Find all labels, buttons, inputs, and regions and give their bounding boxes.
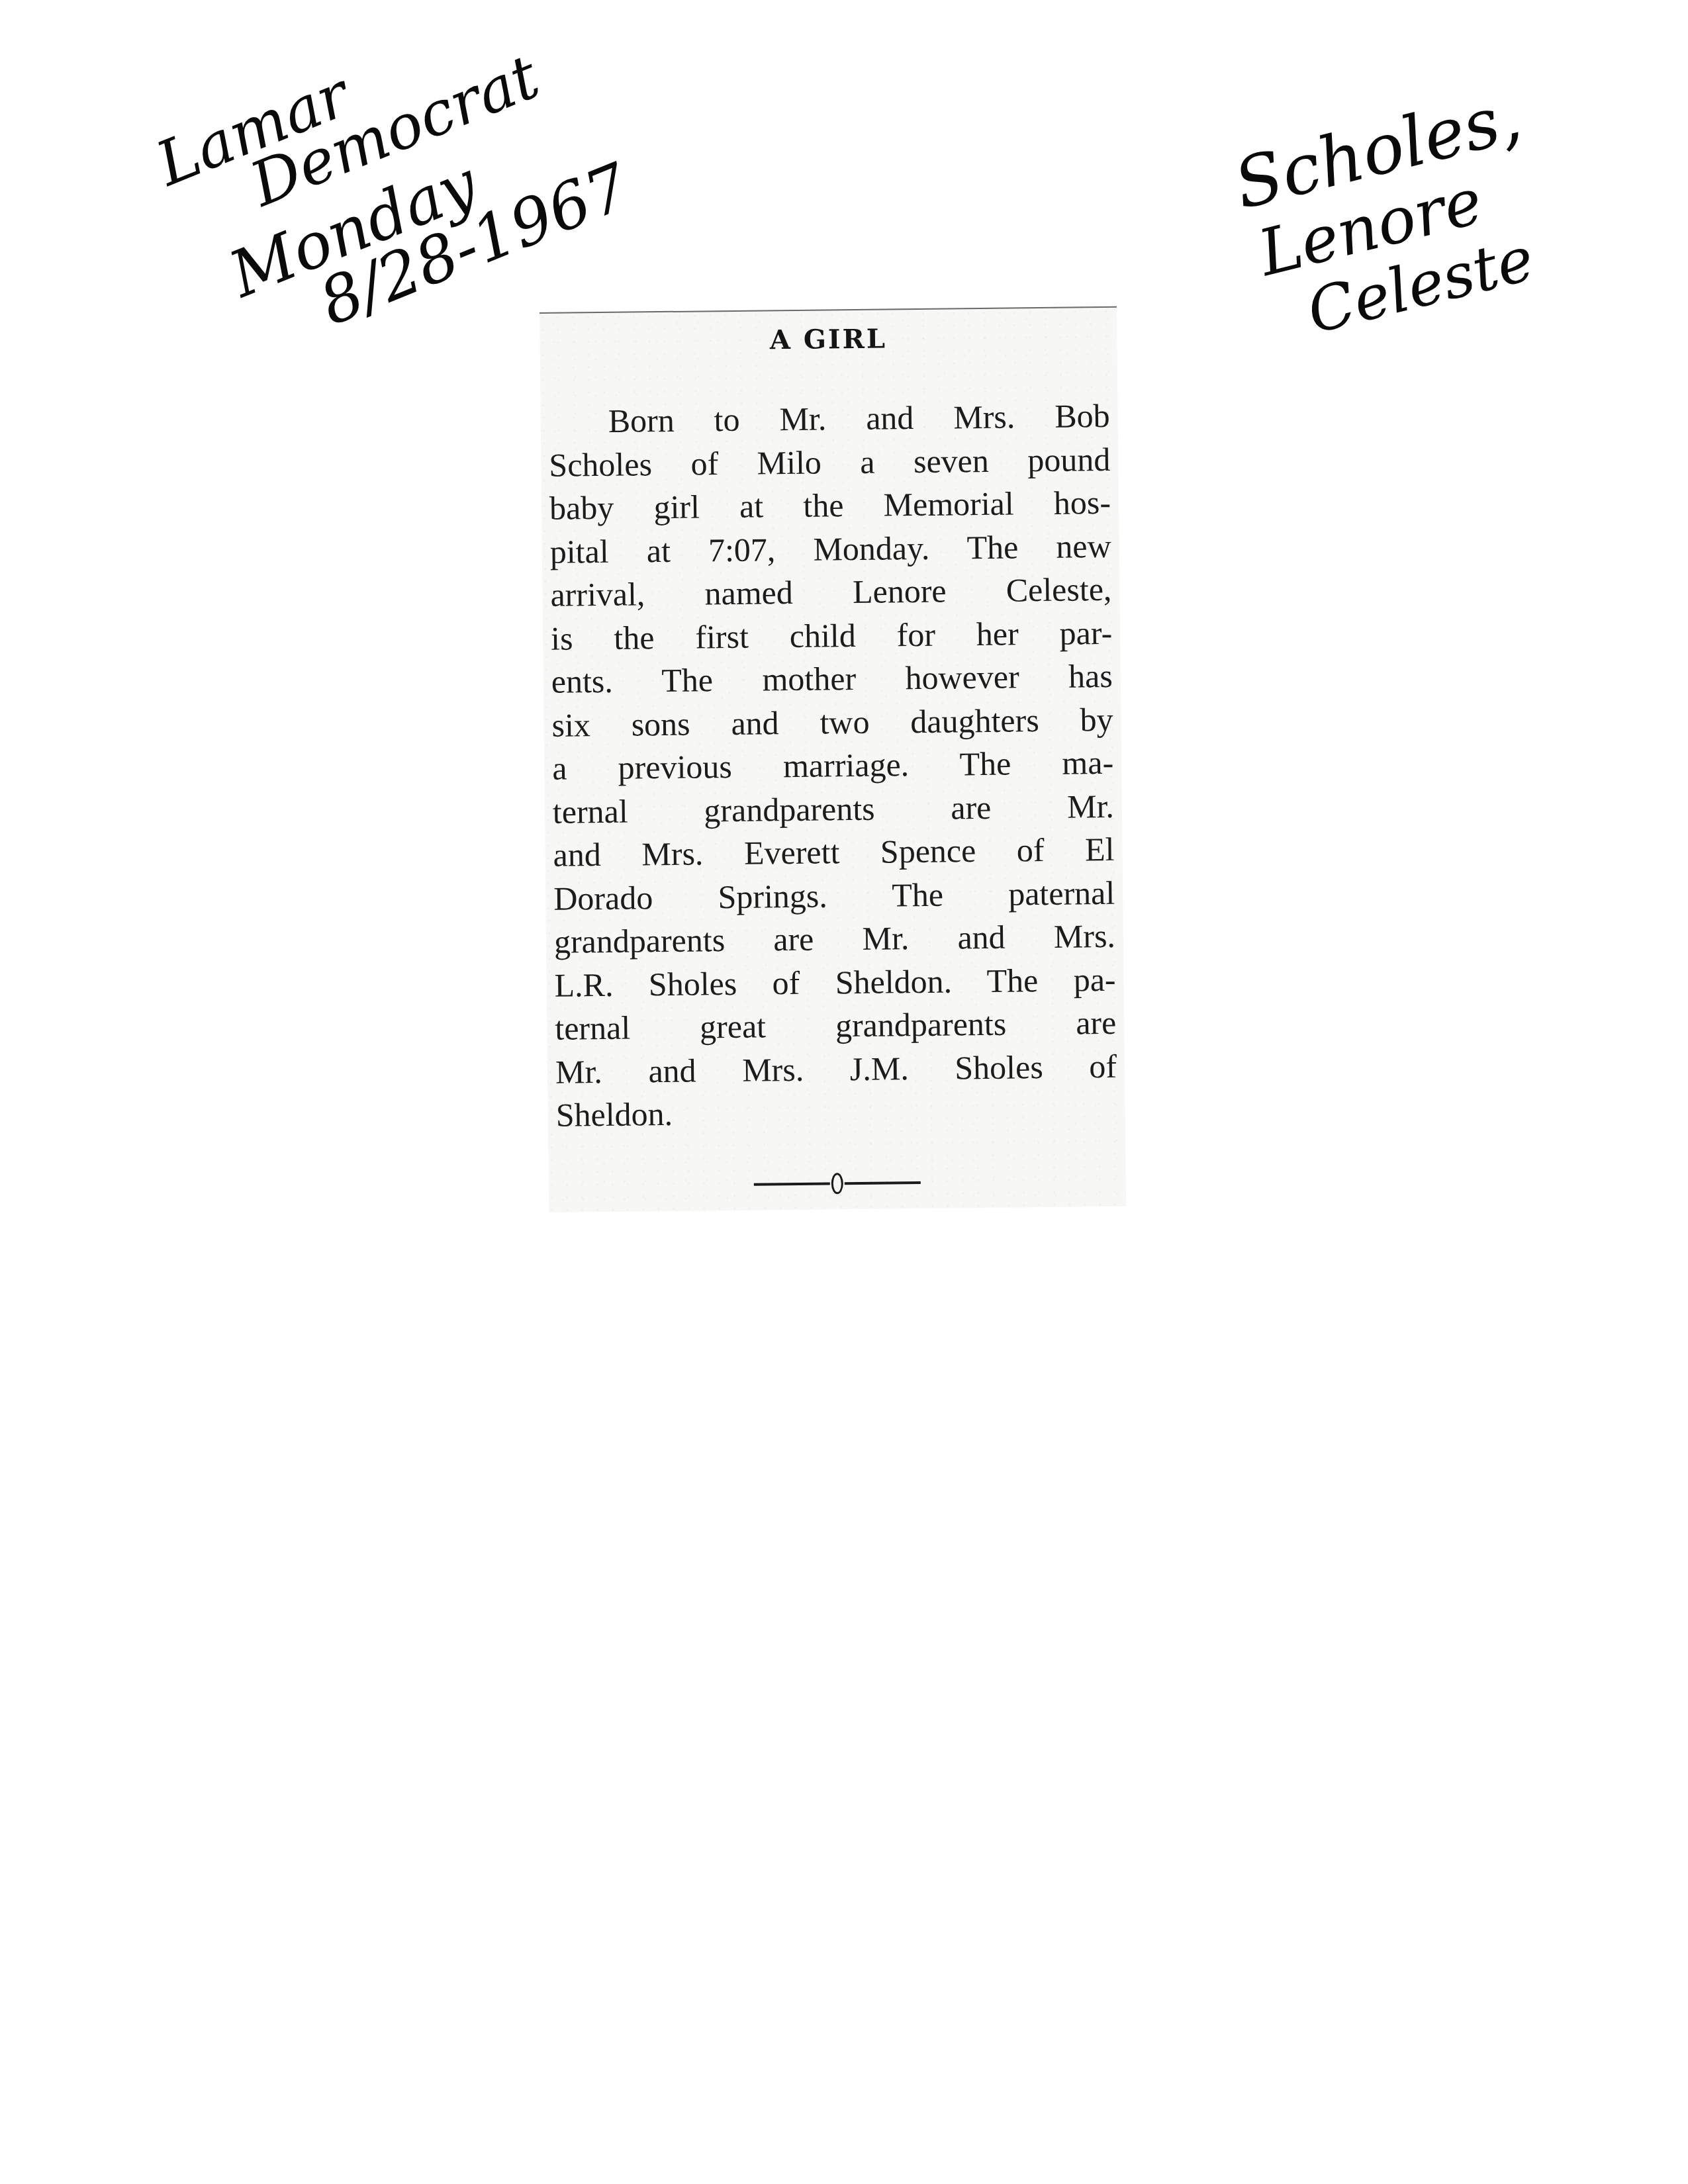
article-line: is the first child for her par- [551, 611, 1113, 660]
article-line: a previous marriage. The ma- [552, 741, 1114, 790]
article-line: Mr. and Mrs. J.M. Sholes of [555, 1044, 1117, 1093]
divider-ornament [831, 1173, 843, 1194]
article-line: ents. The mother however has [551, 655, 1113, 704]
article-line: and Mrs. Everett Spence of El [553, 828, 1115, 877]
article-line: ternal great grandparents are [555, 1001, 1117, 1050]
article-line: Scholes of Milo a seven pound [549, 437, 1111, 486]
article-line: six sons and two daughters by [551, 698, 1113, 747]
article-body: Born to Mr. and Mrs. Bob Scholes of Milo… [548, 394, 1117, 1137]
handwritten-name-note: Scholes, Lenore Celeste [1228, 81, 1561, 352]
newspaper-clipping: A GIRL Born to Mr. and Mrs. Bob Scholes … [539, 306, 1126, 1212]
end-of-article-divider-icon [557, 1169, 1118, 1197]
article-headline: A GIRL [547, 321, 1109, 358]
article-line: Dorado Springs. The paternal [553, 871, 1115, 920]
article-line: ternal grandparents are Mr. [553, 784, 1115, 833]
divider-rule-left [754, 1182, 830, 1185]
article-line: L.R. Sholes of Sheldon. The pa- [554, 958, 1116, 1007]
article-line: Sheldon. [555, 1088, 1117, 1137]
article-line: Born to Mr. and Mrs. Bob [548, 394, 1110, 443]
divider-rule-right [845, 1181, 921, 1185]
article-line: grandparents are Mr. and Mrs. [554, 915, 1116, 964]
article-line: baby girl at the Memorial hos- [549, 481, 1111, 530]
article-line: pital at 7:07, Monday. The new [549, 524, 1111, 573]
article-line: arrival, named Lenore Celeste, [550, 568, 1112, 617]
